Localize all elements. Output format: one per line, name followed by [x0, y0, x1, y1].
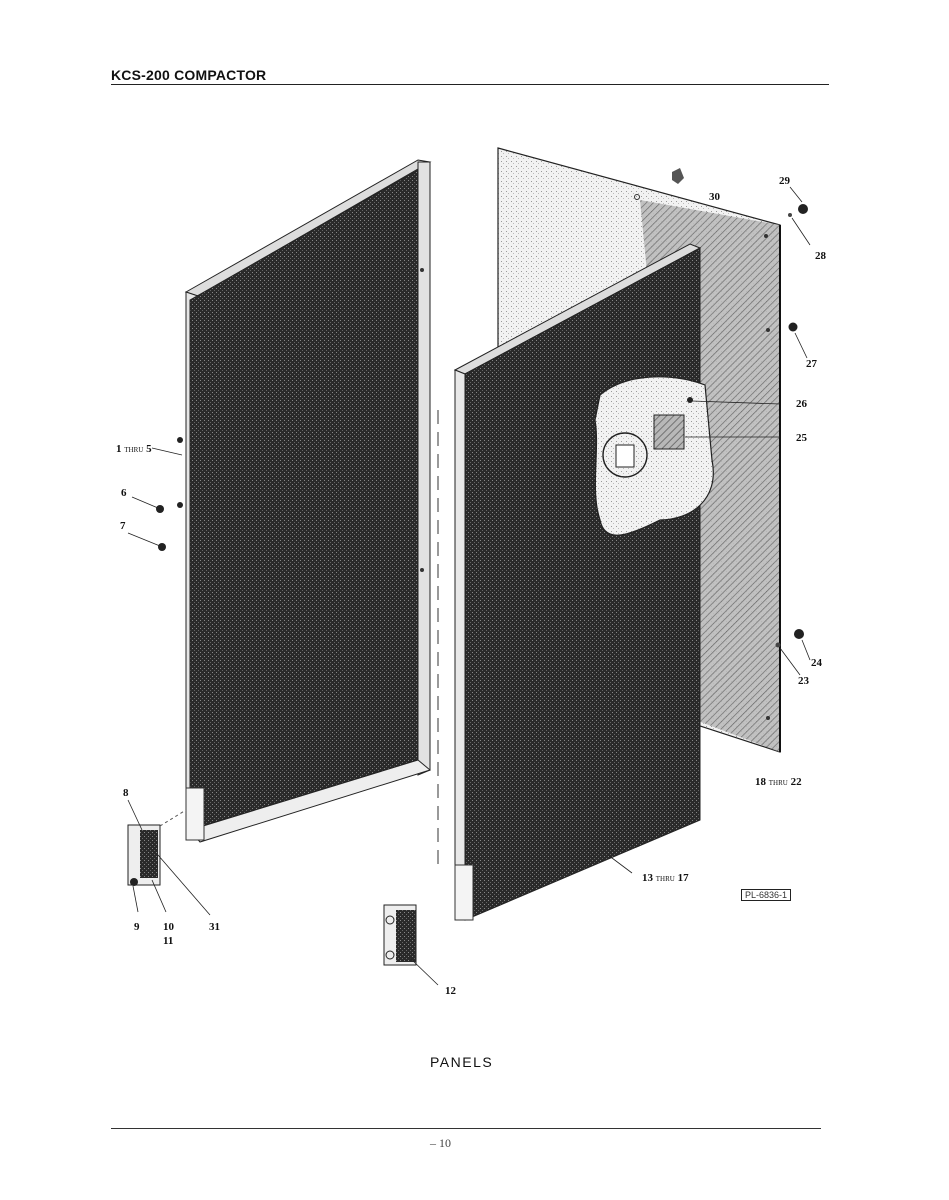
washer-28 [788, 213, 792, 217]
callout-thru-label: THRU [656, 875, 675, 883]
hinge-part-12 [384, 905, 416, 965]
callout-18: 18 [755, 776, 766, 788]
callout-22: 22 [791, 776, 802, 788]
callout-11: 11 [163, 935, 173, 947]
figure-caption: PANELS [430, 1054, 493, 1070]
callout-24: 24 [811, 657, 822, 669]
callout-5: 5 [146, 443, 152, 455]
callout-10: 10 [163, 921, 174, 933]
washer-23 [776, 643, 781, 648]
plate-id-label: PL-6836-1 [741, 889, 791, 901]
callout-9: 9 [134, 921, 140, 933]
footer-divider [111, 1128, 821, 1129]
callout-7: 7 [120, 520, 126, 532]
callout-13-thru-17: 13 THRU 17 [642, 872, 689, 884]
callout-23: 23 [798, 675, 809, 687]
screw-29 [798, 204, 808, 214]
callout-28: 28 [815, 250, 826, 262]
screw-24 [794, 629, 804, 639]
callout-18-thru-22: 18 THRU 22 [755, 776, 802, 788]
screw-6 [156, 505, 164, 513]
callout-6: 6 [121, 487, 127, 499]
left-panel [177, 160, 430, 842]
front-panel [438, 244, 713, 920]
callout-31: 31 [209, 921, 220, 933]
callout-17: 17 [678, 872, 689, 884]
callout-thru-label: THRU [124, 446, 143, 454]
callout-1: 1 [116, 443, 122, 455]
callout-27: 27 [806, 358, 817, 370]
callout-13: 13 [642, 872, 653, 884]
hinge-assembly [128, 810, 186, 886]
page-number: – 10 [430, 1136, 451, 1151]
callout-thru-label: THRU [769, 779, 788, 787]
screw-7 [158, 543, 166, 551]
callout-29: 29 [779, 175, 790, 187]
callout-30: 30 [709, 191, 720, 203]
callout-26: 26 [796, 398, 807, 410]
callout-25: 25 [796, 432, 807, 444]
callout-8: 8 [123, 787, 129, 799]
exploded-parts-illustration [0, 0, 949, 1200]
callout-1-thru-5: 1 THRU 5 [116, 443, 152, 455]
callout-12: 12 [445, 985, 456, 997]
bracket-30 [672, 168, 684, 184]
screw-27 [789, 323, 798, 332]
